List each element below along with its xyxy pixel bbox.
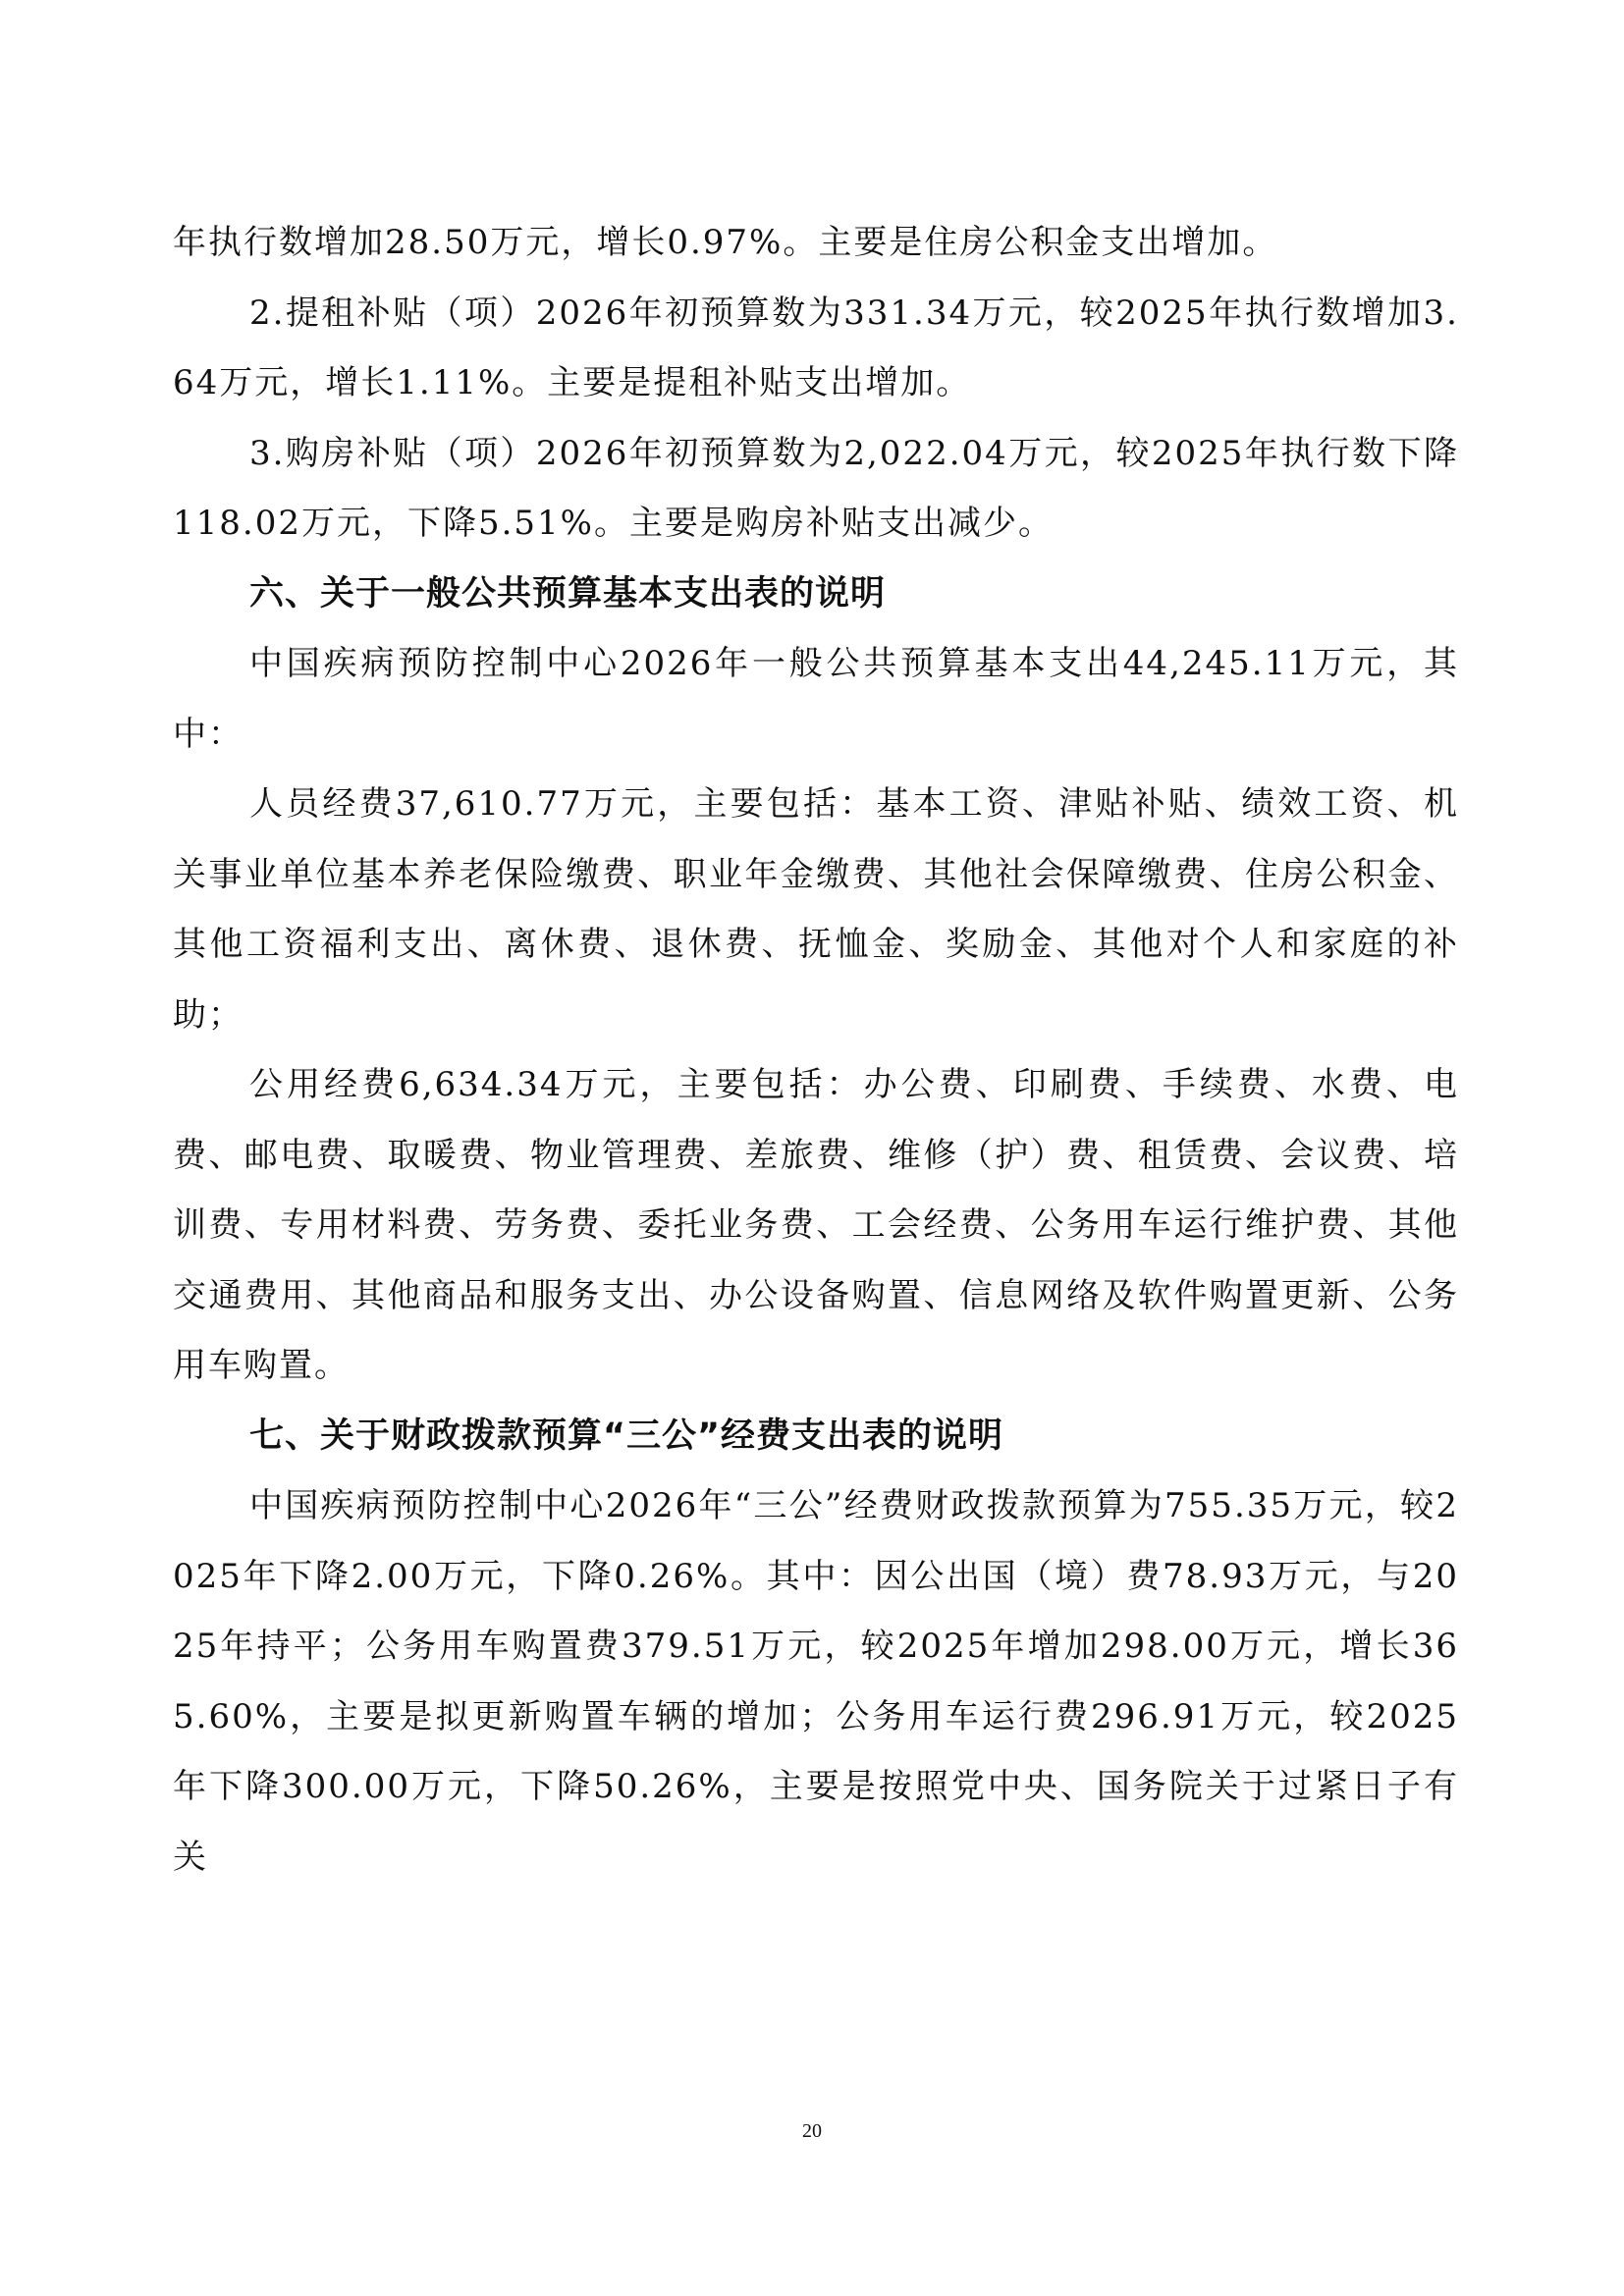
paragraph-three-public-expenses-detail: 中国疾病预防控制中心2026年“三公”经费财政拨款预算为755.35万元，较20… [173, 1471, 1459, 1893]
paragraph-rent-subsidy: 2.提租补贴（项）2026年初预算数为331.34万元，较2025年执行数增加3… [173, 279, 1459, 419]
paragraph-public-expenses: 公用经费6,634.34万元，主要包括：办公费、印刷费、手续费、水费、电费、邮电… [173, 1050, 1459, 1402]
paragraph-personnel-expenses: 人员经费37,610.77万元，主要包括：基本工资、津贴补贴、绩效工资、机关事业… [173, 770, 1459, 1050]
document-page: 年执行数增加28.50万元，增长0.97%。主要是住房公积金支出增加。 2.提租… [173, 208, 1459, 1893]
page-number: 20 [0, 2120, 1624, 2143]
paragraph-housing-fund-continuation: 年执行数增加28.50万元，增长0.97%。主要是住房公积金支出增加。 [173, 208, 1459, 279]
section-heading-three-public-expenses: 七、关于财政拨款预算“三公”经费支出表的说明 [173, 1402, 1459, 1472]
paragraph-housing-purchase-subsidy: 3.购房补贴（项）2026年初预算数为2,022.04万元，较2025年执行数下… [173, 419, 1459, 560]
paragraph-basic-expenditure-total: 中国疾病预防控制中心2026年一般公共预算基本支出44,245.11万元，其中： [173, 629, 1459, 770]
section-heading-basic-expenditure: 六、关于一般公共预算基本支出表的说明 [173, 560, 1459, 630]
